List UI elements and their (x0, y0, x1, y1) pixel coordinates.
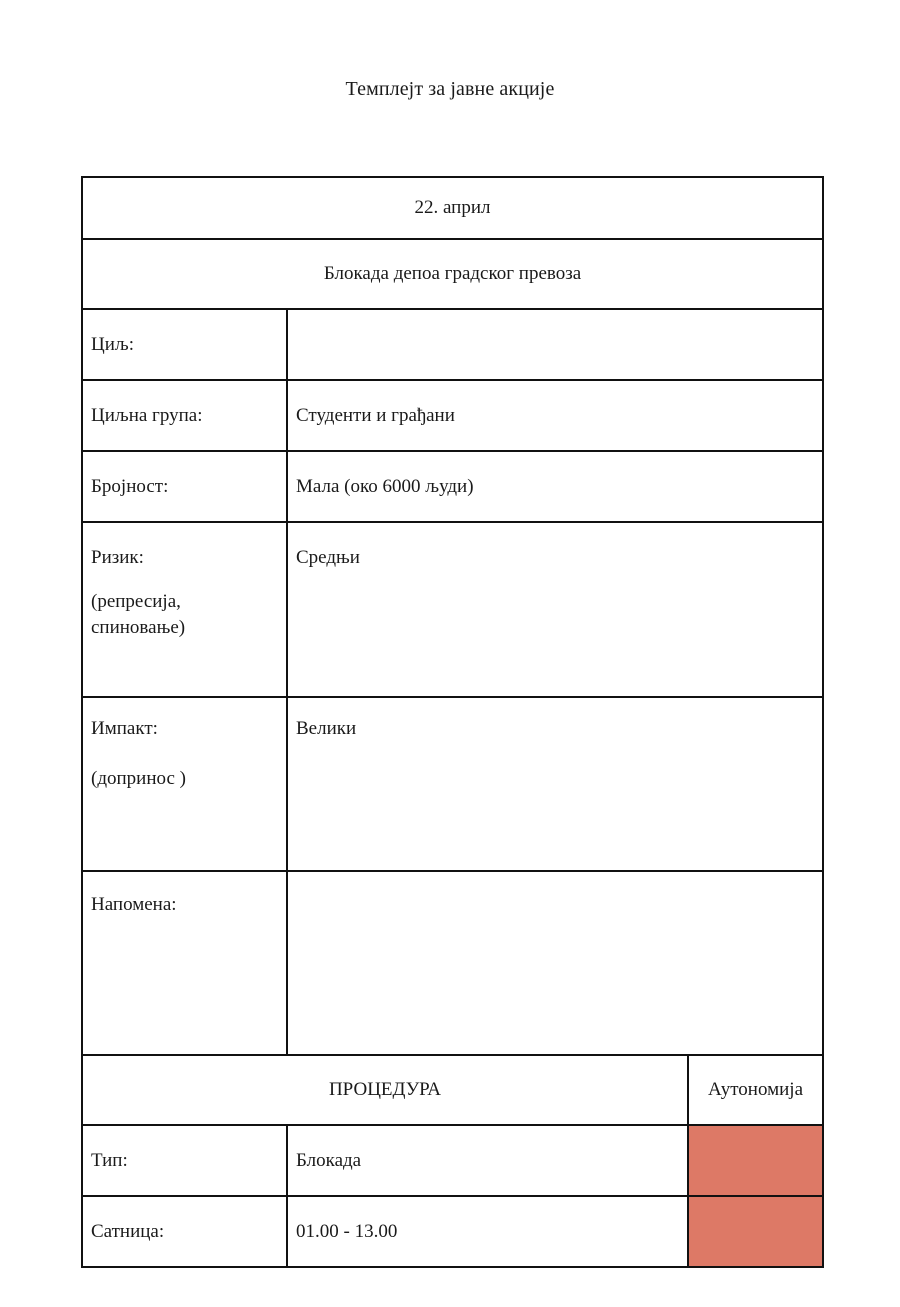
risk-label-cell: Ризик: (репресија, спиновање) (82, 522, 287, 697)
date-cell: 22. април (82, 177, 823, 239)
procedure-type-row: Тип: Блокада (82, 1125, 823, 1196)
procedure-type-label: Тип: (82, 1125, 287, 1196)
note-value (287, 871, 823, 1055)
procedure-header-row: ПРОЦЕДУРА Аутономија (82, 1055, 823, 1125)
impact-label: Импакт: (91, 718, 158, 739)
risk-sublabel: (репресија, спиновање) (91, 589, 278, 640)
risk-value: Средњи (287, 522, 823, 697)
goal-value (287, 309, 823, 380)
target-group-row: Циљна група: Студенти и грађани (82, 380, 823, 451)
autonomy-heading: Аутономија (688, 1055, 823, 1125)
target-group-value: Студенти и грађани (287, 380, 823, 451)
document-title: Темплејт за јавне акције (0, 78, 900, 101)
size-row: Бројност: Мала (око 6000 људи) (82, 451, 823, 522)
size-label: Бројност: (82, 451, 287, 522)
note-label: Напомена: (82, 871, 287, 1055)
size-value: Мала (око 6000 људи) (287, 451, 823, 522)
target-group-label: Циљна група: (82, 380, 287, 451)
goal-row: Циљ: (82, 309, 823, 380)
procedure-schedule-row: Сатница: 01.00 - 13.00 (82, 1196, 823, 1267)
risk-label: Ризик: (91, 547, 144, 568)
action-template-table: 22. април Блокада депоа градског превоза… (81, 176, 824, 1268)
impact-sublabel: (допринос ) (91, 766, 278, 792)
procedure-schedule-value: 01.00 - 13.00 (287, 1196, 688, 1267)
goal-label: Циљ: (82, 309, 287, 380)
risk-row: Ризик: (репресија, спиновање) Средњи (82, 522, 823, 697)
procedure-heading: ПРОЦЕДУРА (82, 1055, 688, 1125)
action-name-cell: Блокада депоа градског превоза (82, 239, 823, 309)
action-name-row: Блокада депоа градског превоза (82, 239, 823, 309)
impact-label-cell: Импакт: (допринос ) (82, 697, 287, 871)
procedure-schedule-label: Сатница: (82, 1196, 287, 1267)
impact-row: Импакт: (допринос ) Велики (82, 697, 823, 871)
date-row: 22. април (82, 177, 823, 239)
impact-value: Велики (287, 697, 823, 871)
autonomy-indicator-schedule (688, 1196, 823, 1267)
note-row: Напомена: (82, 871, 823, 1055)
procedure-type-value: Блокада (287, 1125, 688, 1196)
autonomy-indicator-type (688, 1125, 823, 1196)
